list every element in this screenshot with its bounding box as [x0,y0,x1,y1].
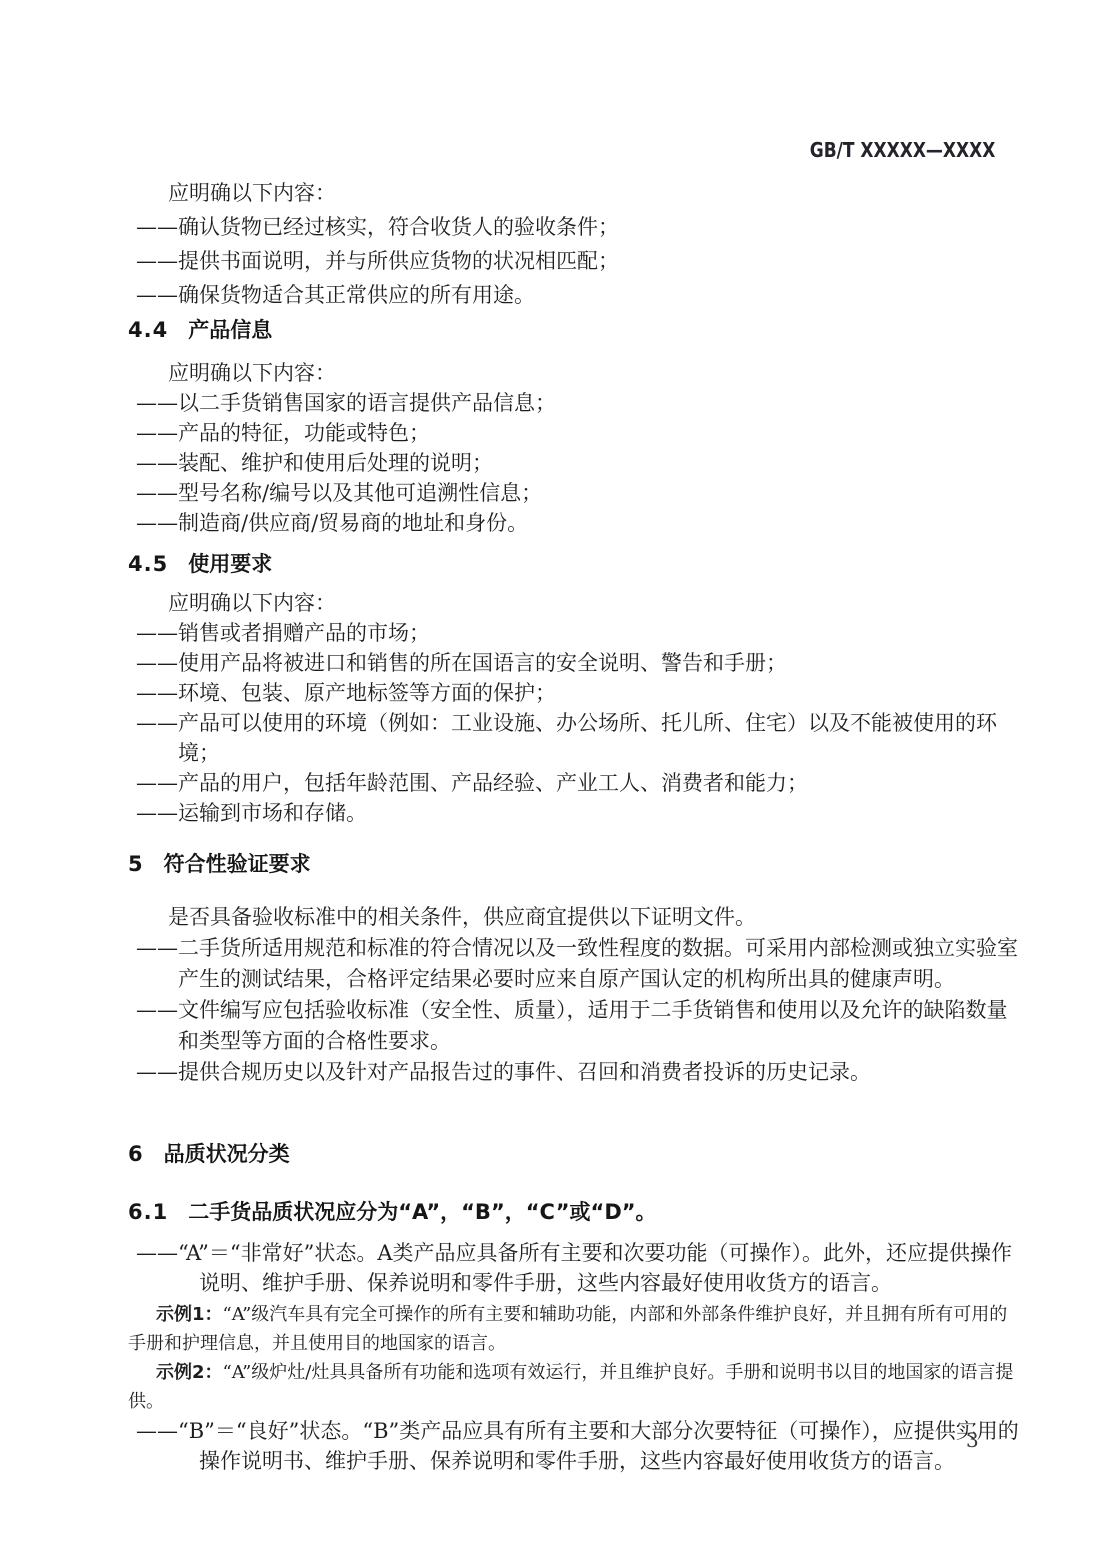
example-text: “A”级炉灶/灶具具备所有功能和选项有效运行，并且维护良好。手册和说明书以目的地… [128,1362,1013,1412]
dash-item: ——型号名称/编号以及其他可追溯性信息； [136,478,1022,508]
dash-item: ——制造商/供应商/贸易商的地址和身份。 [136,508,1022,538]
section-heading-6: 6品质状况分类 [128,1136,1022,1172]
section-number: 4.4 [128,318,168,342]
example-label: 示例1： [156,1304,223,1325]
example-paragraph: 示例1：“A”级汽车具有完全可操作的所有主要和辅助功能，内部和外部条件维护良好，… [128,1300,1022,1358]
dash-item: ——二手货所适用规范和标准的符合情况以及一致性程度的数据。可采用内部检测或独立实… [136,933,1022,995]
page-number: 3 [966,1428,979,1452]
section-title: 二手货品质状况应分为“A”，“B”，“C”或“D”。 [188,1200,656,1224]
paragraph-intro: 应明确以下内容： [136,588,1022,618]
section-number: 6.1 [128,1200,168,1224]
section-title: 产品信息 [188,318,272,342]
dash-item: ——“B”＝“良好”状态。“B”类产品应具有所有主要和大部分次要特征（可操作），… [136,1416,1022,1476]
section-title: 使用要求 [188,552,272,576]
dash-item: ——提供合规历史以及针对产品报告过的事件、召回和消费者投诉的历史记录。 [136,1057,1022,1088]
dash-item: ——以二手货销售国家的语言提供产品信息； [136,388,1022,418]
paragraph-intro: 是否具备验收标准中的相关条件，供应商宜提供以下证明文件。 [136,902,1022,933]
section-title: 品质状况分类 [164,1142,290,1166]
section-heading-4-5: 4.5使用要求 [128,546,1022,582]
section-heading-4-4: 4.4产品信息 [128,312,1022,348]
dash-item: ——产品的特征，功能或特色； [136,418,1022,448]
dash-item: ——产品可以使用的环境（例如：工业设施、办公场所、托儿所、住宅）以及不能被使用的… [136,708,1022,768]
example-label: 示例2： [156,1362,223,1383]
standard-number-header: GB/T XXXXX—XXXX [809,138,995,162]
dash-item: ——销售或者捐赠产品的市场； [136,618,1022,648]
document-page: GB/T XXXXX—XXXX 应明确以下内容： ——确认货物已经过核实，符合收… [0,0,1102,1559]
dash-item: ——使用产品将被进口和销售的所在国语言的安全说明、警告和手册； [136,648,1022,678]
section-heading-6-1: 6.1二手货品质状况应分为“A”，“B”，“C”或“D”。 [128,1194,1022,1230]
section-heading-5: 5符合性验证要求 [128,846,1022,882]
dash-item: ——确认货物已经过核实，符合收货人的验收条件； [136,210,1022,244]
dash-item: ——确保货物适合其正常供应的所有用途。 [136,278,1022,312]
dash-item: ——装配、维护和使用后处理的说明； [136,448,1022,478]
section-number: 5 [128,852,144,876]
dash-item: ——“A”＝“非常好”状态。A类产品应具备所有主要和次要功能（可操作）。此外，还… [136,1238,1022,1298]
dash-item: ——产品的用户，包括年龄范围、产品经验、产业工人、消费者和能力； [136,768,1022,798]
dash-item: ——运输到市场和存储。 [136,798,1022,828]
section-number: 6 [128,1142,144,1166]
paragraph-intro: 应明确以下内容： [136,358,1022,388]
section-number: 4.5 [128,552,168,576]
example-paragraph: 示例2：“A”级炉灶/灶具具备所有功能和选项有效运行，并且维护良好。手册和说明书… [128,1358,1022,1416]
example-text: “A”级汽车具有完全可操作的所有主要和辅助功能，内部和外部条件维护良好，并且拥有… [128,1304,1007,1354]
dash-item: ——环境、包装、原产地标签等方面的保护； [136,678,1022,708]
dash-item: ——文件编写应包括验收标准（安全性、质量），适用于二手货销售和使用以及允许的缺陷… [136,995,1022,1057]
document-content: 应明确以下内容： ——确认货物已经过核实，符合收货人的验收条件； ——提供书面说… [136,176,1022,1476]
paragraph-intro: 应明确以下内容： [136,176,1022,210]
dash-item: ——提供书面说明，并与所供应货物的状况相匹配； [136,244,1022,278]
section-title: 符合性验证要求 [164,852,311,876]
